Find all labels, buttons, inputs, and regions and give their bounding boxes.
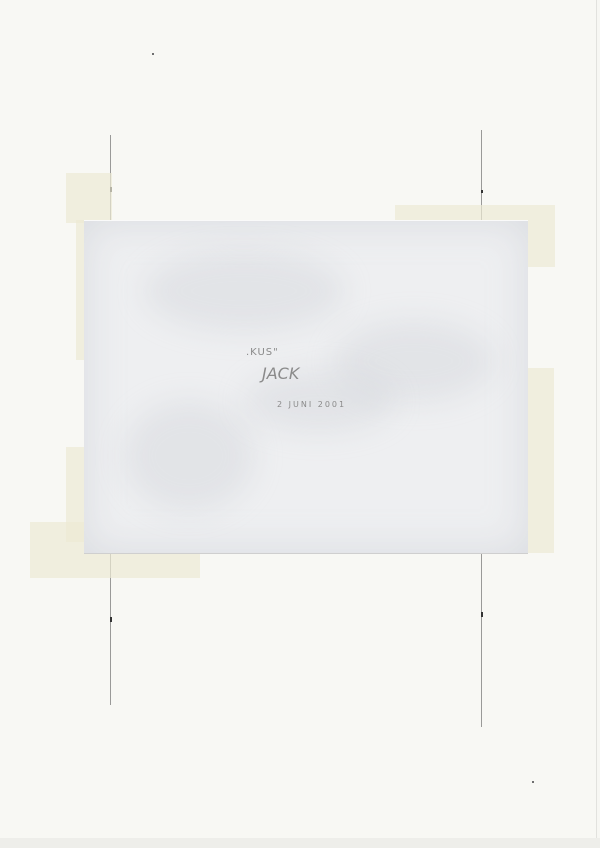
mark-dot: [152, 53, 154, 55]
scan-edge: [0, 838, 600, 848]
left-bottom-tick: [110, 617, 112, 622]
right-bottom-tick: [481, 612, 483, 617]
artwork-date: 2 JUNI 2001: [277, 400, 346, 409]
tape-top-left: [66, 173, 112, 223]
artwork-title: .KUS": [246, 347, 279, 358]
mark-dot: [532, 781, 534, 783]
artist-signature: JACK: [262, 364, 299, 383]
right-top-tick: [481, 190, 483, 193]
translucent-sheet: [84, 220, 528, 554]
